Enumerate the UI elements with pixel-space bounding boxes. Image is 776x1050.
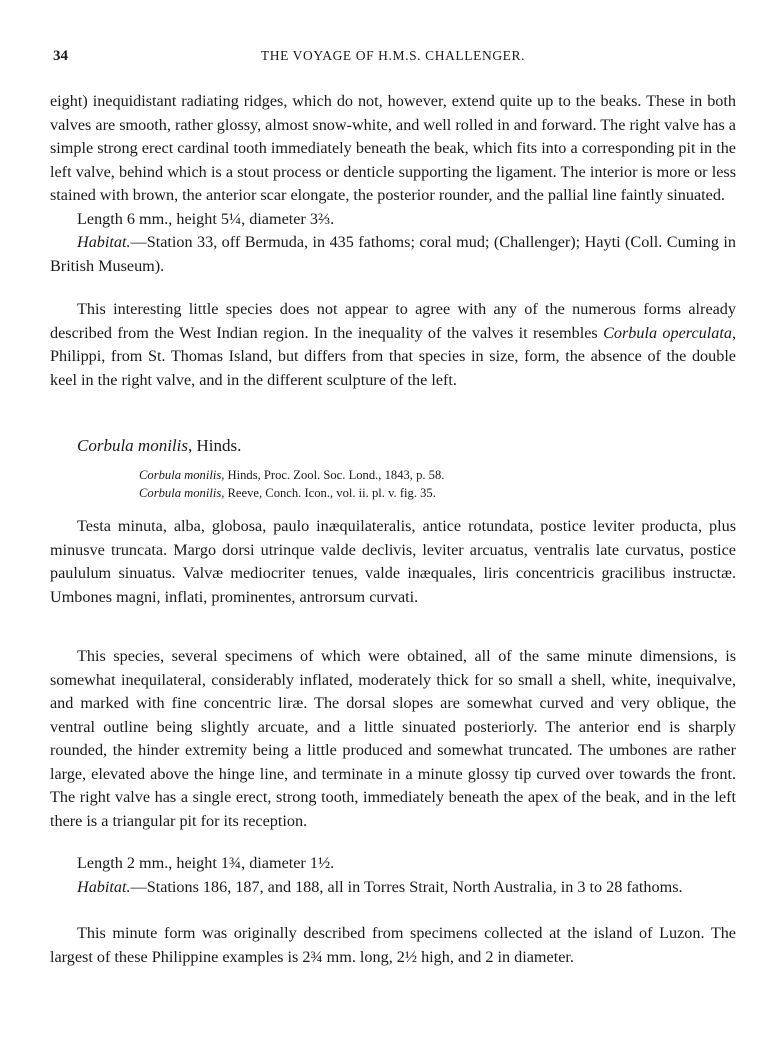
running-title: THE VOYAGE OF H.M.S. CHALLENGER. [50, 48, 736, 64]
synonymy-entry: Corbula monilis, Reeve, Conch. Icon., vo… [139, 484, 444, 502]
synonymy-list: Corbula monilis, Hinds, Proc. Zool. Soc.… [139, 466, 444, 502]
habitat-text: —Stations 186, 187, and 188, all in Torr… [131, 878, 683, 896]
closing-remarks-block: This minute form was originally describe… [50, 922, 736, 969]
habitat-paragraph: Habitat.—Station 33, off Bermuda, in 435… [50, 231, 736, 278]
closing-remarks: This minute form was originally describe… [50, 922, 736, 969]
species-author: , Hinds. [188, 436, 241, 455]
habitat-label: Habitat. [77, 233, 131, 251]
latin-description-block: Testa minuta, alba, globosa, paulo inæqu… [50, 515, 736, 609]
species-heading: Corbula monilis, Hinds. [77, 436, 241, 456]
species-reference: Corbula operculata [603, 324, 732, 342]
dimensions-line: Length 6 mm., height 5¼, diameter 3⅔. [50, 208, 736, 232]
dimensions-line: Length 2 mm., height 1¾, diameter 1½. [50, 852, 736, 876]
remarks-block: This interesting little species does not… [50, 298, 736, 392]
running-header: 34 THE VOYAGE OF H.M.S. CHALLENGER. [50, 48, 736, 68]
description-continued: eight) inequidistant radiating ridges, w… [50, 90, 736, 278]
latin-description: Testa minuta, alba, globosa, paulo inæqu… [50, 515, 736, 609]
synonym-name: Corbula monilis [139, 486, 221, 500]
habitat-label: Habitat. [77, 878, 131, 896]
measurements-habitat-block: Length 2 mm., height 1¾, diameter 1½. Ha… [50, 852, 736, 899]
english-description: This species, several specimens of which… [50, 645, 736, 833]
habitat-text: —Station 33, off Bermuda, in 435 fathoms… [50, 233, 736, 275]
synonymy-entry: Corbula monilis, Hinds, Proc. Zool. Soc.… [139, 466, 444, 484]
synonym-reference: , Reeve, Conch. Icon., vol. ii. pl. v. f… [221, 486, 436, 500]
species-name: Corbula monilis [77, 436, 188, 455]
synonym-name: Corbula monilis [139, 468, 221, 482]
remarks-paragraph: This interesting little species does not… [50, 298, 736, 392]
habitat-paragraph: Habitat.—Stations 186, 187, and 188, all… [50, 876, 736, 900]
english-description-block: This species, several specimens of which… [50, 645, 736, 833]
shell-description-paragraph: eight) inequidistant radiating ridges, w… [50, 90, 736, 208]
synonym-reference: , Hinds, Proc. Zool. Soc. Lond., 1843, p… [221, 468, 444, 482]
